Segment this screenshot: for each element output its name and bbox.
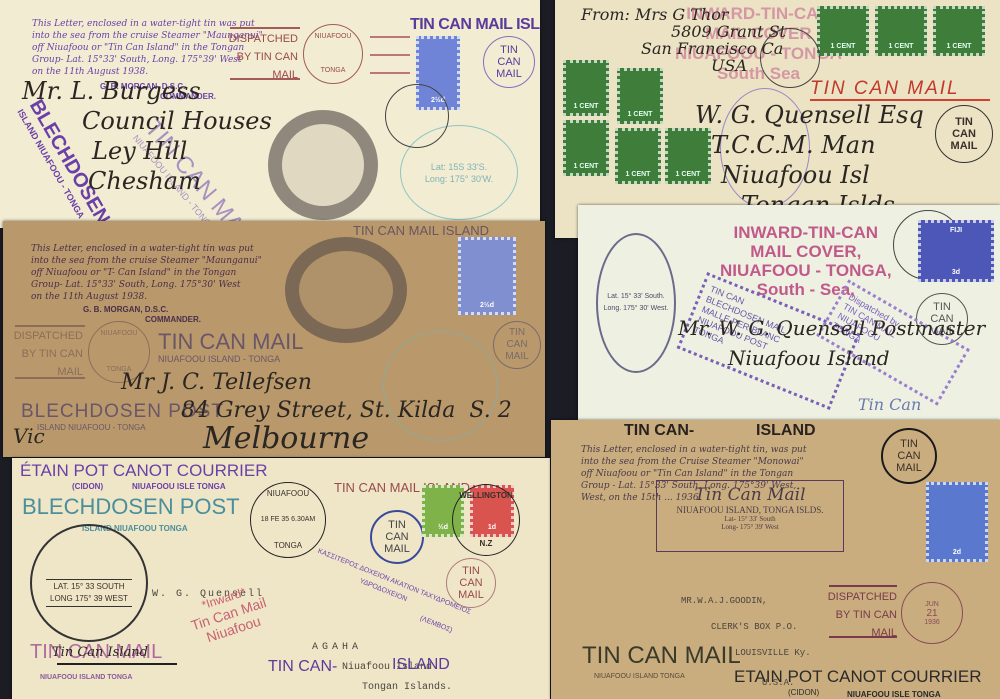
header-cachet: TIN CAN MAIL ISLAND <box>353 223 489 238</box>
blue-tin-can-mail-circle: TINCANMAIL <box>370 510 424 564</box>
island-stamp-right: ISLAND <box>392 656 450 674</box>
address-state: Vic <box>13 424 45 448</box>
us-stamp: 1 CENT <box>615 128 661 184</box>
wellington-postmark: WELLINGTONN.Z <box>452 484 520 556</box>
etain-sub: NIUAFOOU ISLE TONGA <box>132 482 226 491</box>
cover-top-left: This Letter, enclosed in a water-tight t… <box>0 0 540 228</box>
header-cachet: TIN CAN MAIL ISLAND <box>410 16 540 34</box>
cover-bottom-right: TIN CAN- ISLAND This Letter, enclosed in… <box>551 420 1000 699</box>
tonga-postmark <box>385 84 449 148</box>
tin-can-mail-slogan-sub: NIUAFOOU ISLAND - TONGA <box>158 354 280 364</box>
us-stamp: 1 CENT <box>563 120 609 176</box>
island-header: ISLAND <box>756 422 816 440</box>
etain-cidon: (CIDON) <box>788 688 819 697</box>
cover-top-right: INWARD-TIN-CAN MAIL COVER NIUAFOOU - TON… <box>555 0 1000 238</box>
signatory-title: COMMANDER. <box>145 315 201 324</box>
address-tin-can: Tin Can <box>858 395 921 414</box>
cover-bottom-left: ÉTAIN POT CANOT COURRIER (CIDON) NIUAFOO… <box>12 458 550 699</box>
etain-sub: NIUAFOOU ISLE TONGA <box>847 690 941 699</box>
island-map-cachet <box>268 110 378 220</box>
dispatched-rule-top <box>829 585 897 587</box>
wavy-cancel-line <box>370 72 410 74</box>
address: Mr. L. Burgess Council Houses Ley Hill C… <box>22 76 272 196</box>
return-address: From: Mrs G Thor 5809 Grant St San Franc… <box>581 6 786 74</box>
handwritten-overlay: Tin Can Island <box>52 645 148 660</box>
us-stamp: 1 CENT <box>817 6 869 56</box>
tin-can-stamp-left: TIN CAN- <box>268 658 337 676</box>
island-map-cachet <box>285 237 407 343</box>
red-tin-can-mail-cachet: TIN CAN MAIL <box>810 78 960 100</box>
tin-can-mail-circle: TINCANMAIL <box>935 105 993 163</box>
tin-can-mail-slogan: TIN CAN MAIL <box>158 329 303 355</box>
niuafoou-postmark: NIUAFOOU 18 FE 35 6.30AM TONGA <box>250 482 326 558</box>
tonga-stamp: 2d <box>926 482 988 562</box>
niuafoou-dated-postmark: JUN 21 1936 <box>901 582 963 644</box>
etain-cidon: (CIDON) <box>72 482 103 491</box>
address: W. G. Quensell Esq T.C.C.M. Man Niuafoou… <box>695 100 924 220</box>
tin-can-mail-sub: NIUAFOOU ISLAND TONGA <box>594 673 685 680</box>
fiji-stamp: FIJI3d <box>918 220 994 282</box>
us-stamp: 1 CENT <box>875 6 927 56</box>
dispatched-rule-bottom <box>15 377 85 379</box>
address: Mr J. C. Tellefsen 84 Grey Street, St. K… <box>121 369 512 453</box>
address: Mr. W. G. Quensell Postmaster Niuafoou I… <box>678 313 985 373</box>
us-stamp: 1 CENT <box>563 60 609 116</box>
tin-can-header: TIN CAN- <box>624 422 694 440</box>
dispatched-rule-top <box>230 27 300 29</box>
underline <box>57 663 177 665</box>
tin-can-mail-sub: NIUAFOOU ISLAND TONGA <box>40 674 132 681</box>
tin-can-mail-circle: TINCANMAIL <box>493 321 541 369</box>
ornate-tin-can-mail-cachet: Tin Can Mail NIUAFOOU ISLAND, TONGA ISLD… <box>656 480 844 552</box>
tin-can-mail-cachet: TIN CAN MAIL <box>582 642 741 670</box>
wavy-cancel-line <box>370 36 410 38</box>
dispatched-box: DISPATCHED BY TIN CAN MAIL <box>13 327 83 381</box>
cover-middle-right: Lat. 15° 33' South. Long. 175° 30' West.… <box>578 205 1000 420</box>
blechdosen-post: BLECHDOSEN POST <box>22 494 240 520</box>
dispatched-rule-bottom <box>829 636 897 638</box>
us-stamp: 1 CENT <box>933 6 985 56</box>
niuafoou-postmark: NIUAFOOUTONGA <box>303 24 363 84</box>
tin-can-mail-circle: TINCANMAIL <box>881 428 937 484</box>
tonga-stamp: 2½d <box>458 237 516 315</box>
printed-notice: This Letter, enclosed in a water-tight t… <box>31 243 262 303</box>
dispatched-round-cachet: LAT. 15° 33 SOUTH LONG 175° 39 WEST <box>30 524 148 642</box>
etain-cachet: ÉTAIN POT CANOT COURRIER <box>20 461 267 481</box>
oval-dispatched-cachet: Lat. 15° 33' South. Long. 175° 30' West. <box>596 233 676 373</box>
signatory: G. B. MORGAN, D.S.C. <box>83 305 168 314</box>
tin-can-mail-circle: TINCANMAIL <box>483 36 535 88</box>
dispatched-box: DISPATCHED BY TIN CAN MAIL <box>827 588 897 642</box>
us-stamp: 1 CENT <box>617 68 663 124</box>
etain-cachet: ETAIN POT CANOT COURRIER <box>734 667 981 687</box>
cover-middle-left: This Letter, enclosed in a water-tight t… <box>3 221 545 457</box>
wavy-cancel-line <box>370 54 410 56</box>
